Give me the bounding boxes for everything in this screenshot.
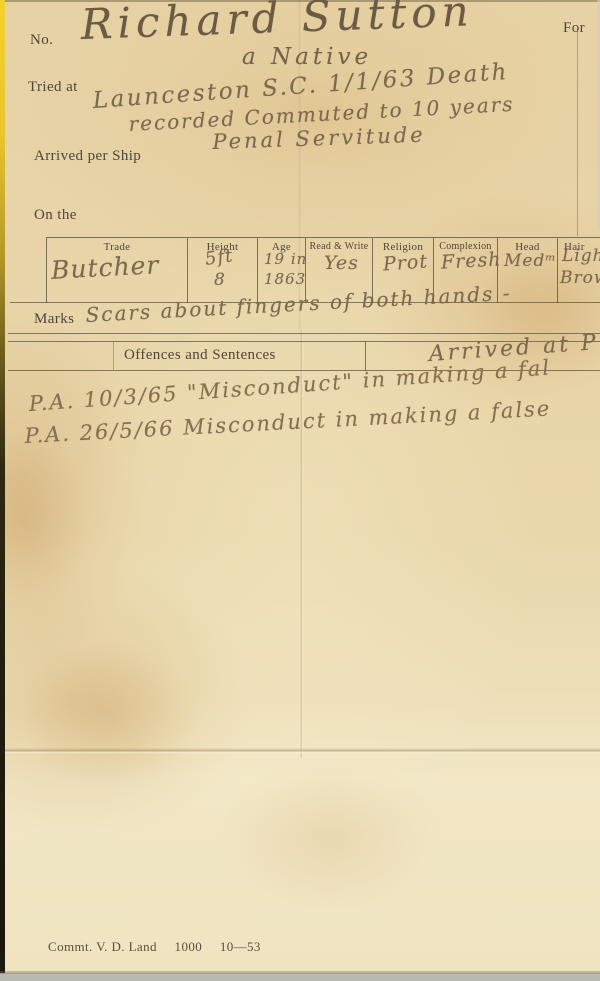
marks-label: Marks	[34, 311, 74, 328]
hair-line1: Light	[562, 246, 600, 266]
table-col-height: Height 5ft 8	[188, 238, 258, 303]
complexion-value: Fresh	[440, 248, 502, 273]
horizontal-fold-crease	[0, 748, 600, 754]
arrived-per-ship-label: Arrived per Ship	[34, 148, 141, 165]
offences-box-left-rule	[113, 341, 114, 370]
on-the-label: On the	[34, 207, 77, 224]
native-note-handwriting: a Native	[242, 44, 372, 70]
footer-imprint-left: Commt. V. D. Land	[48, 939, 157, 954]
footer-imprint-count: 1000	[175, 939, 203, 954]
marks-bottom-rule	[8, 333, 600, 334]
footer-imprint: Commt. V. D. Land 1000 10—53	[48, 939, 261, 955]
offences-box-right-rule	[365, 341, 366, 371]
hair-line2: Brown	[560, 268, 600, 288]
offences-title: Offences and Sentences	[124, 347, 276, 364]
paper-bottom-edge	[0, 971, 600, 974]
right-column-rule	[577, 30, 578, 236]
for-label: For	[563, 20, 585, 37]
convict-record-scan: { "header": { "no_label": "No.", "for_la…	[0, 0, 600, 981]
age-year: 1863	[264, 270, 306, 288]
religion-value: Prot	[382, 250, 428, 275]
age-value: 19 in	[264, 250, 307, 268]
no-label: No.	[30, 32, 53, 49]
height-feet: 5ft	[204, 245, 235, 270]
scan-left-edge	[0, 0, 5, 973]
read-write-value: Yes	[324, 252, 359, 274]
tried-at-label: Tried at	[28, 79, 78, 96]
read-write-header: Read & Write	[306, 241, 372, 252]
table-col-trade: Trade Butcher	[47, 238, 188, 303]
trade-header: Trade	[47, 241, 187, 253]
head-value: Medᵐ	[504, 251, 557, 271]
footer-imprint-date: 10—53	[220, 939, 261, 954]
height-inches: 8	[214, 270, 226, 290]
table-col-hair: Hair Light Brown	[558, 238, 600, 303]
trade-value: Butcher	[50, 250, 160, 285]
